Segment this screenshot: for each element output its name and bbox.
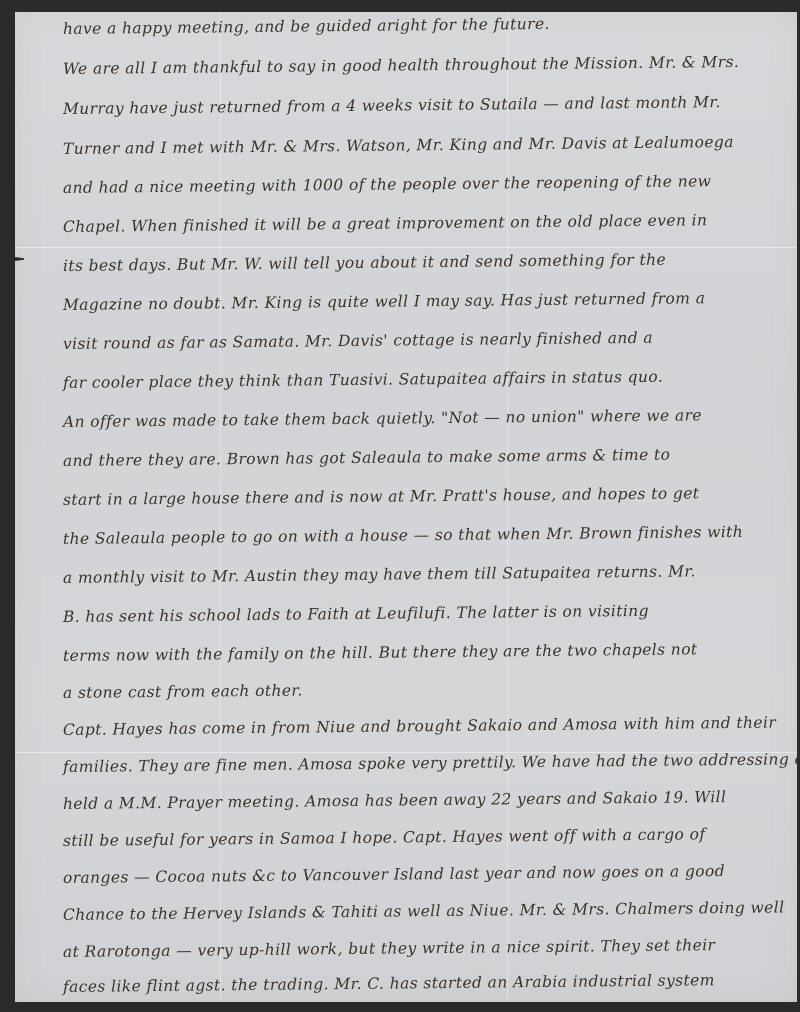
handwritten-line: held a M.M. Prayer meeting. Amosa has be… [63, 788, 767, 825]
handwritten-line: faces like flint agst. the trading. Mr. … [63, 971, 767, 1008]
handwritten-line: families. They are fine men. Amosa spoke… [63, 751, 767, 788]
handwritten-line: and had a nice meeting with 1000 of the … [63, 172, 767, 209]
handwritten-line: start in a large house there and is now … [63, 484, 767, 521]
handwritten-line: the Saleaula people to go on with a hous… [63, 523, 767, 560]
handwritten-line: and there they are. Brown has got Saleau… [63, 445, 767, 482]
handwritten-line: have a happy meeting, and be guided arig… [63, 13, 767, 50]
handwritten-line: visit round as far as Samata. Mr. Davis'… [63, 328, 767, 365]
handwritten-line: its best days. But Mr. W. will tell you … [63, 250, 767, 287]
handwritten-line: terms now with the family on the hill. B… [63, 640, 767, 677]
handwritten-line: at Rarotonga — very up-hill work, but th… [63, 936, 767, 973]
handwritten-line: Chapel. When finished it will be a great… [63, 211, 767, 248]
handwritten-line: Capt. Hayes has come in from Niue and br… [63, 714, 767, 751]
handwritten-line: Magazine no doubt. Mr. King is quite wel… [63, 289, 767, 326]
handwritten-line: still be useful for years in Samoa I hop… [63, 825, 767, 862]
handwritten-line: oranges — Cocoa nuts &c to Vancouver Isl… [63, 862, 767, 899]
handwritten-line: We are all I am thankful to say in good … [63, 53, 767, 90]
handwritten-line: B. has sent his school lads to Faith at … [63, 601, 767, 638]
handwritten-line: far cooler place they think than Tuasivi… [63, 367, 767, 404]
letter-page: have a happy meeting, and be guided arig… [15, 12, 797, 1002]
handwritten-line: An offer was made to take them back quie… [63, 406, 767, 443]
handwritten-line: a stone cast from each other. [63, 677, 767, 714]
handwritten-line: Chance to the Hervey Islands & Tahiti as… [63, 899, 767, 936]
handwritten-line: Turner and I met with Mr. & Mrs. Watson,… [63, 133, 767, 170]
handwritten-line: a monthly visit to Mr. Austin they may h… [63, 562, 767, 599]
handwritten-line: Murray have just returned from a 4 weeks… [63, 93, 767, 130]
